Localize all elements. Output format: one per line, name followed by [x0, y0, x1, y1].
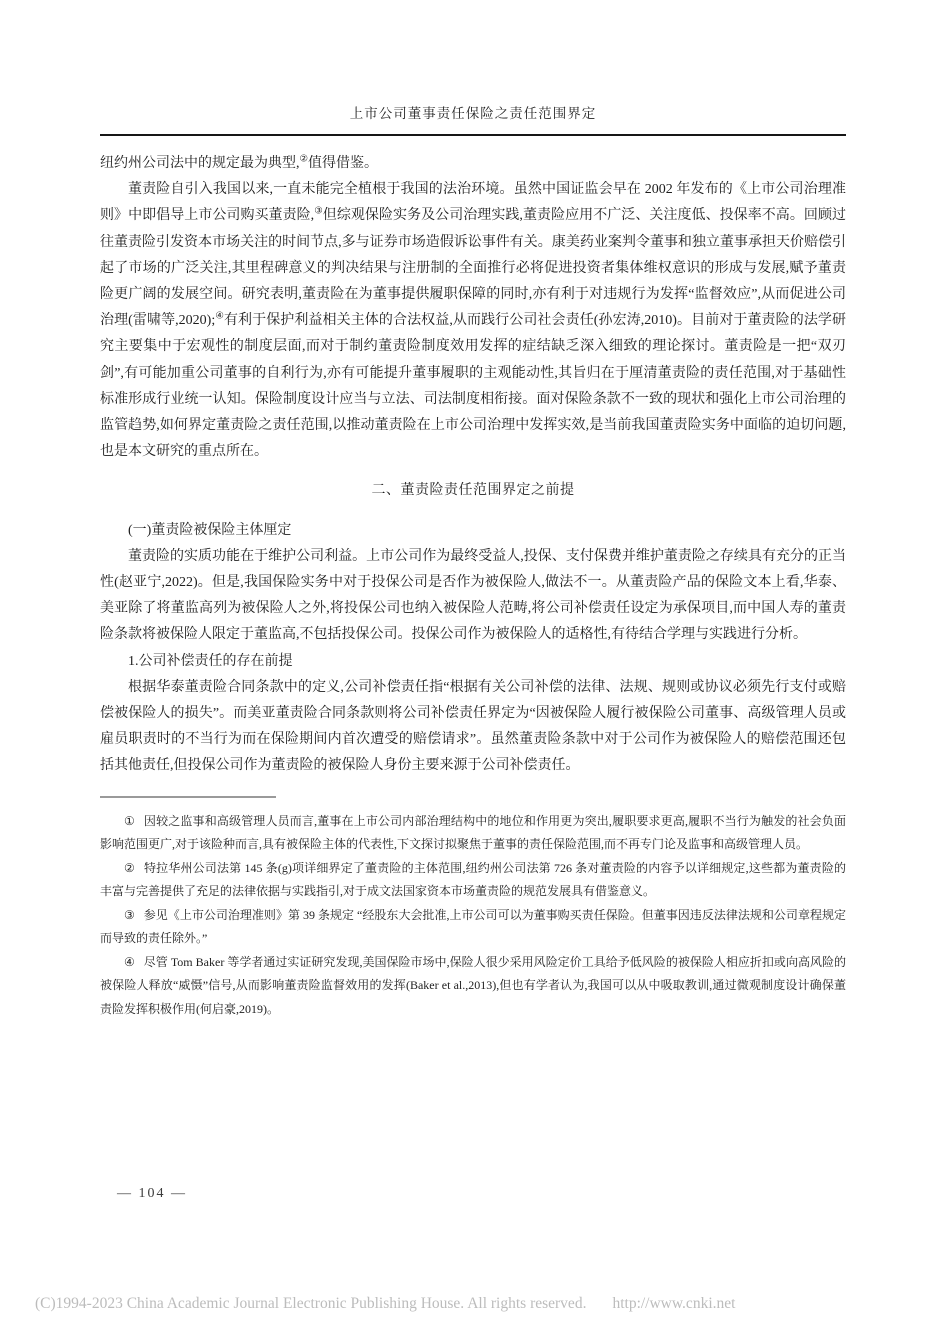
footnote-text: 特拉华州公司法第 145 条(g)项详细界定了董责险的主体范围,纽约州公司法第 …	[100, 861, 846, 899]
paper-page: 上市公司董事责任保险之责任范围界定 纽约州公司法中的规定最为典型,②值得借鉴。 …	[0, 0, 950, 1344]
page-number: — 104 —	[117, 1186, 187, 1202]
footnotes-block: ①因较之监事和高级管理人员而言,董事在上市公司内部治理结构中的地位和作用更为突出…	[100, 796, 846, 1022]
footnote-text: 因较之监事和高级管理人员而言,董事在上市公司内部治理结构中的地位和作用更为突出,…	[100, 814, 846, 852]
running-title: 上市公司董事责任保险之责任范围界定	[100, 104, 846, 124]
paragraph-text: 但综观保险实务及公司治理实践,董责险应用不广泛、关注度低、投保率不高。回顾过往董…	[100, 208, 846, 328]
footnote-marker: ②	[124, 861, 135, 875]
sub-subsection-heading: 1.公司补偿责任的存在前提	[100, 649, 846, 675]
section-heading: 二、董责险责任范围界定之前提	[100, 478, 846, 504]
subsection-heading: (一)董责险被保险主体厘定	[100, 518, 846, 544]
copyright-notice: (C)1994-2023 China Academic Journal Elec…	[35, 1295, 586, 1312]
footnote-ref-4: ④	[215, 312, 224, 322]
footnote-marker: ④	[124, 955, 135, 969]
article-body: 纽约州公司法中的规定最为典型,②值得借鉴。 董责险自引入我国以来,一直未能完全植…	[100, 151, 846, 780]
footnote-ref-2: ②	[300, 154, 309, 164]
footnote-text: 尽管 Tom Baker 等学者通过实证研究发现,美国保险市场中,保险人很少采用…	[100, 955, 846, 1016]
paragraph-text: 值得借鉴。	[308, 156, 378, 171]
footnote-text: 参见《上市公司治理准则》第 39 条规定 “经股东大会批准,上市公司可以为董事购…	[100, 908, 846, 946]
paragraph: 董责险的实质功能在于维护公司利益。上市公司作为最终受益人,投保、支付保费并维护董…	[100, 544, 846, 649]
footnote-marker: ①	[124, 814, 135, 828]
paragraph: 根据华泰董责险合同条款中的定义,公司补偿责任指“根据有关公司补偿的法律、法规、规…	[100, 675, 846, 780]
paragraph: 董责险自引入我国以来,一直未能完全植根于我国的法治环境。虽然中国证监会早在 20…	[100, 177, 846, 465]
footnote-separator	[100, 796, 276, 798]
footnote: ①因较之监事和高级管理人员而言,董事在上市公司内部治理结构中的地位和作用更为突出…	[100, 810, 846, 857]
paragraph-text: 纽约州公司法中的规定最为典型,	[100, 156, 300, 171]
footnote-ref-3: ③	[314, 207, 323, 217]
cnki-url: http://www.cnki.net	[612, 1295, 735, 1312]
header-rule	[100, 134, 846, 136]
footnote: ②特拉华州公司法第 145 条(g)项详细界定了董责险的主体范围,纽约州公司法第…	[100, 857, 846, 904]
cnki-footer: (C)1994-2023 China Academic Journal Elec…	[35, 1295, 735, 1313]
footnote: ④尽管 Tom Baker 等学者通过实证研究发现,美国保险市场中,保险人很少采…	[100, 951, 846, 1022]
footnote-marker: ③	[124, 908, 135, 922]
footnote: ③参见《上市公司治理准则》第 39 条规定 “经股东大会批准,上市公司可以为董事…	[100, 904, 846, 951]
content-column: 上市公司董事责任保险之责任范围界定 纽约州公司法中的规定最为典型,②值得借鉴。 …	[100, 104, 846, 1021]
paragraph-text: 有利于保护利益相关主体的合法权益,从而践行公司社会责任(孙宏涛,2010)。目前…	[100, 313, 846, 459]
paragraph: 纽约州公司法中的规定最为典型,②值得借鉴。	[100, 151, 846, 177]
